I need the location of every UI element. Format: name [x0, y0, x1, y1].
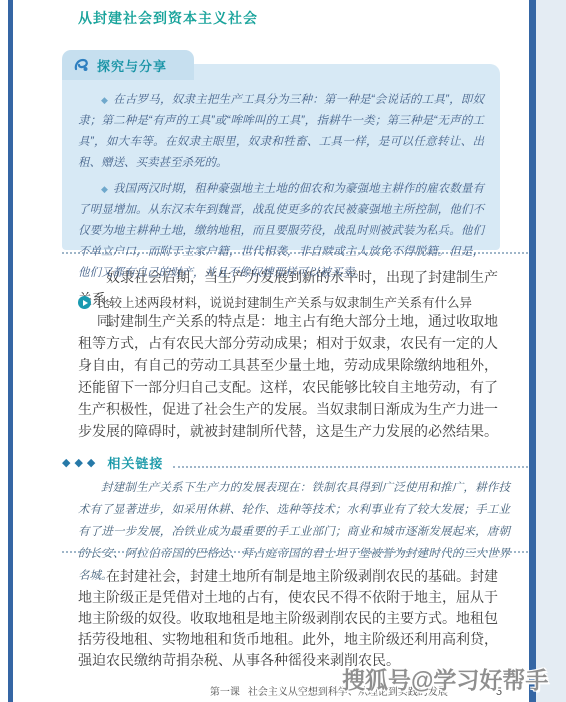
dotted-rule — [173, 458, 528, 468]
bullet-diamond-icon: ◆ — [101, 95, 108, 105]
left-page-border — [8, 0, 13, 702]
related-link-header: ◆◆◆ 相关链接 — [62, 453, 528, 472]
textbook-page: 从封建社会到资本主义社会 探究与分享 ◆在古罗马，奴隶主把生产工具分为三种：第一… — [0, 0, 566, 702]
explore-share-title: 探究与分享 — [97, 56, 167, 75]
page-title: 从封建社会到资本主义社会 — [78, 8, 258, 28]
explore-share-box: ◆在古罗马，奴隶主把生产工具分为三种：第一种是“会说话的工具”，即奴隶；第二种是… — [62, 64, 500, 250]
explore-bullet-1-text: 在古罗马，奴隶主把生产工具分为三种：第一种是“会说话的工具”，即奴隶；第二种是“… — [78, 94, 484, 169]
bullet-diamond-icon: ◆ — [101, 184, 108, 194]
right-page-border — [529, 0, 536, 702]
body-paragraph-3: 在封建社会，封建土地所有制是地主阶级剥削农民的基础。封建地主阶级正是凭借对土地的… — [78, 566, 498, 671]
question-marker-icon — [78, 296, 91, 309]
right-margin-strip — [536, 0, 566, 702]
explore-bullet-2-text: 我国两汉时期，租种豪强地主土地的佃农和为豪强地主耕作的雇农数量有了明显增加。从东… — [78, 183, 484, 279]
footer-lesson: 第一课 — [210, 683, 240, 698]
explore-share-tab: 探究与分享 — [62, 50, 194, 80]
related-link-title: 相关链接 — [107, 453, 163, 472]
explore-bullet-1: ◆在古罗马，奴隶主把生产工具分为三种：第一种是“会说话的工具”，即奴隶；第二种是… — [78, 90, 484, 174]
explore-question: 比较上述两段材料，说说封建制生产关系与奴隶制生产关系有什么异同。 — [78, 294, 484, 330]
explore-share-icon — [72, 56, 90, 74]
watermark: 搜狐号@学习好帮手 — [342, 662, 548, 695]
dotted-divider — [62, 551, 528, 553]
explore-question-text: 比较上述两段材料，说说封建制生产关系与奴隶制生产关系有什么异同。 — [97, 294, 484, 330]
related-link-diamonds-icon: ◆◆◆ — [62, 456, 99, 469]
explore-bullet-2: ◆我国两汉时期，租种豪强地主土地的佃农和为豪强地主耕作的雇农数量有了明显增加。从… — [78, 179, 484, 284]
